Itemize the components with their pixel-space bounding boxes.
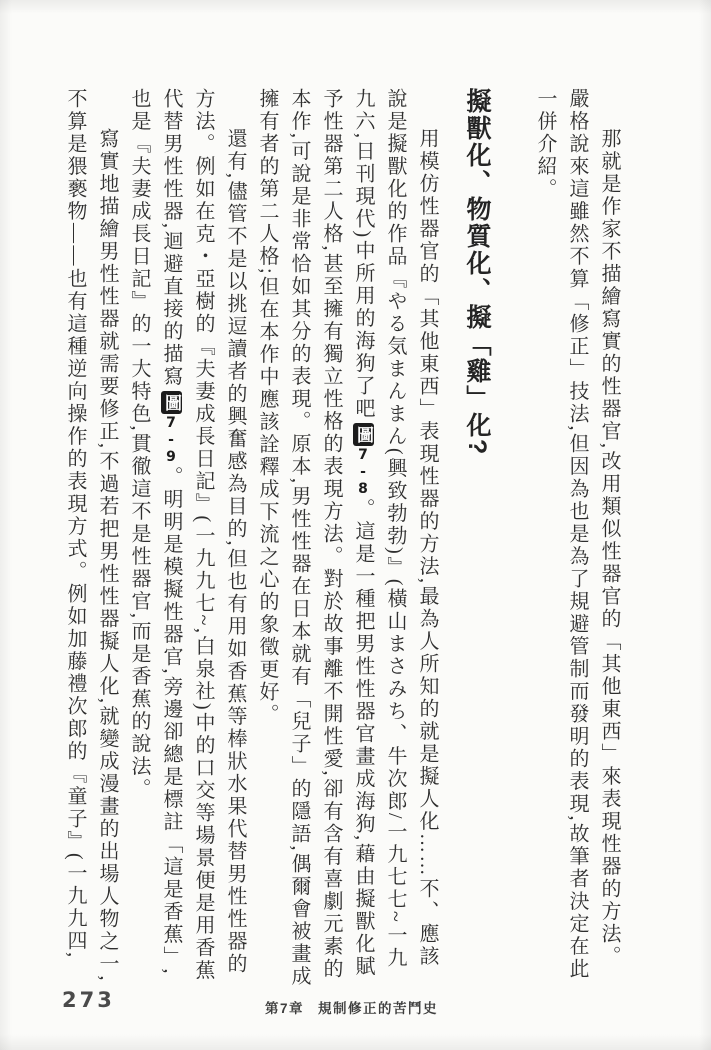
figure-ref-7-9: 圖7-9 (160, 388, 182, 466)
section-heading: 擬獸化、物質化、擬「雞」化? (455, 88, 499, 990)
figure-badge: 圖 (353, 423, 374, 446)
page-footer: 第7章規制修正的苦鬥史 (265, 997, 438, 1017)
figure-number: 7-8 (355, 447, 371, 498)
chapter-title: 規制修正的苦鬥史 (318, 1001, 438, 1016)
paragraph-beast-personification: 用模仿性器官的「其他東西」表現性器的方法,最為人所知的就是擬人化……不、應該說是… (251, 88, 443, 990)
page-number: 273 (62, 988, 115, 1012)
paragraph-text: 寫實地描繪男性性器就需要修正,不過若把男性性器擬人化,就變成漫畫的出場人物之一,… (64, 88, 118, 983)
chapter-label: 第7章 (265, 1001, 304, 1016)
figure-number: 7-9 (163, 415, 179, 466)
body-text: 那就是作家不描繪寫實的性器官,改用類似性器官的「其他東西」來表現性器的方法。嚴格… (59, 88, 625, 990)
paragraph-reverse-approach: 寫實地描繪男性性器就需要修正,不過若把男性性器擬人化,就變成漫畫的出場人物之一,… (59, 88, 123, 990)
book-page: 那就是作家不描繪寫實的性器官,改用類似性器官的「其他東西」來表現性器的方法。嚴格… (0, 0, 711, 1050)
figure-badge: 圖 (161, 391, 182, 414)
figure-ref-7-8: 圖7-8 (352, 420, 374, 498)
intro-paragraph: 那就是作家不描繪寫實的性器官,改用類似性器官的「其他東西」來表現性器的方法。嚴格… (529, 88, 625, 990)
intro-text: 那就是作家不描繪寫實的性器官,改用類似性器官的「其他東西」來表現性器的方法。嚴格… (534, 88, 620, 981)
paragraph-banana-substitution: 還有,儘管不是以挑逗讀者的興奮感為目的,但也有用如香蕉等棒狀水果代替男性性器的方… (123, 88, 251, 990)
